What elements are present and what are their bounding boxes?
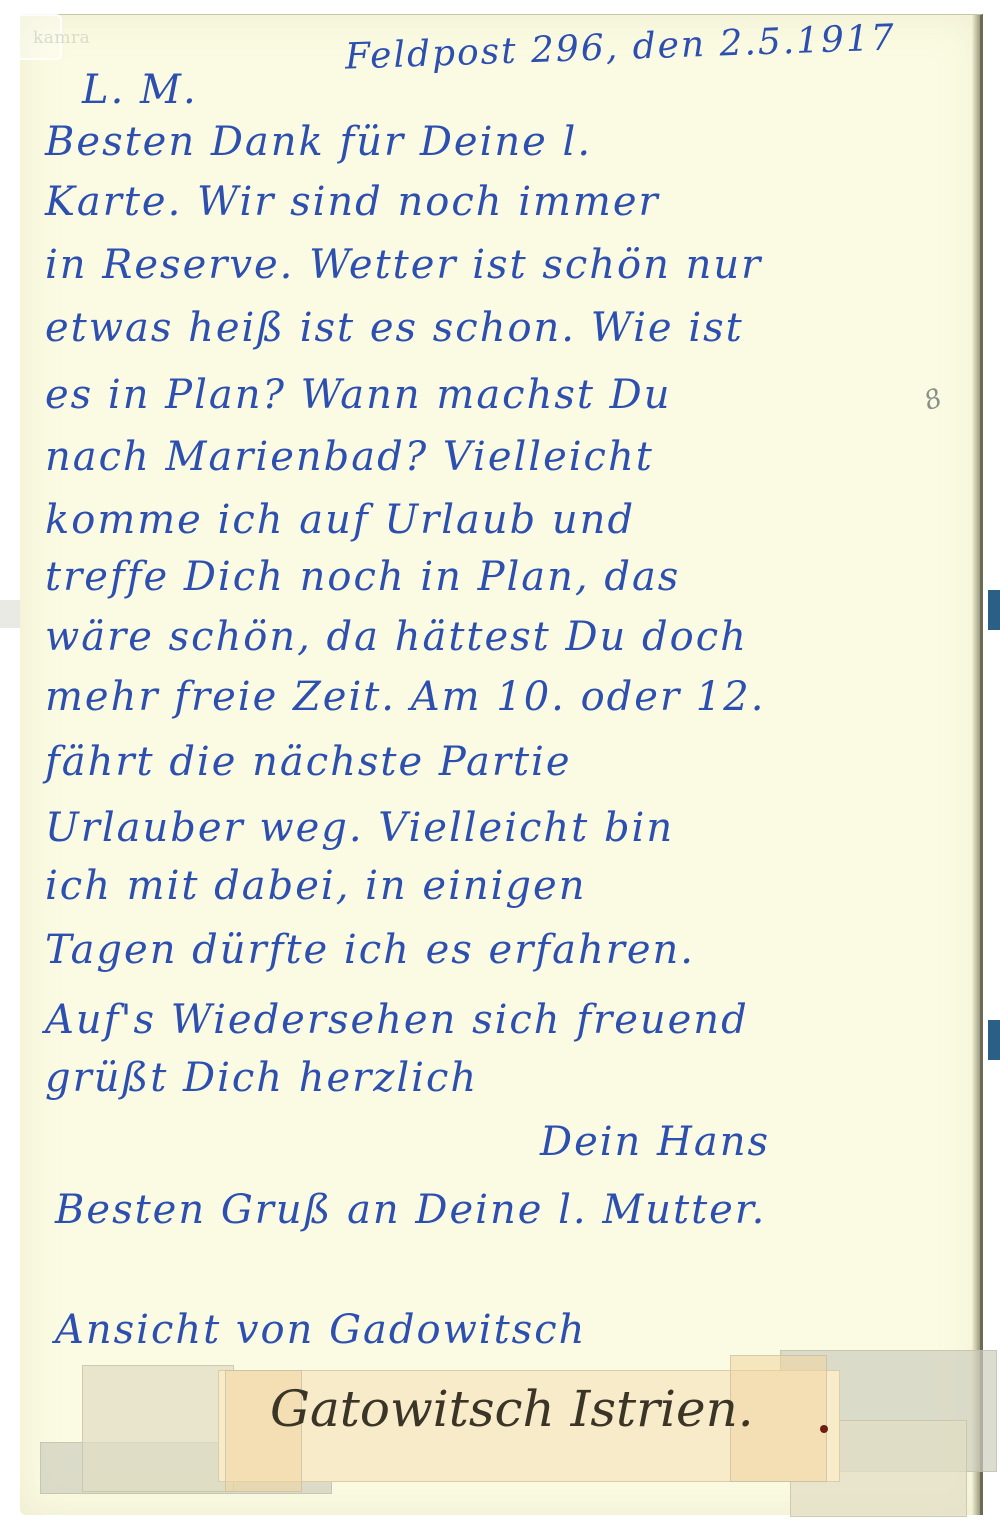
body-line: Tagen dürfte ich es erfahren. [45,930,695,970]
body-line: Karte. Wir sind noch immer [45,182,660,222]
postscript: Besten Gruß an Deine l. Mutter. [55,1190,766,1230]
background-strip-right [988,590,1000,630]
body-line: fährt die nächste Partie [45,742,572,782]
salutation: L. M. [82,70,198,110]
body-line: Besten Dank für Deine l. [45,122,592,162]
body-line: wäre schön, da hättest Du doch [45,617,748,657]
watermark-text: kamra [33,28,90,48]
background-strip-right [988,1020,1000,1060]
caption-line: Ansicht von Gadowitsch [55,1310,586,1350]
card-edge [972,15,980,1515]
body-line: etwas heiß ist es schon. Wie ist [45,308,744,348]
body-line: Auf's Wiedersehen sich freuend [45,1000,749,1040]
body-line: komme ich auf Urlaub und [45,500,635,540]
ink-blot [820,1425,828,1433]
body-line: nach Marienbad? Vielleicht [45,437,654,477]
body-line: grüßt Dich herzlich [45,1058,478,1098]
place-label-text: Gatowitsch Istrien. [270,1380,754,1438]
signature: Dein Hans [540,1122,770,1162]
body-line: mehr freie Zeit. Am 10. oder 12. [45,677,765,717]
body-line: in Reserve. Wetter ist schön nur [45,245,762,285]
body-line: ich mit dabei, in einigen [45,866,586,906]
body-line: es in Plan? Wann machst Du [45,375,671,415]
tape-strip [82,1365,234,1492]
background-strip-left [0,600,22,628]
body-line: treffe Dich noch in Plan, das [45,557,680,597]
body-line: Urlauber weg. Vielleicht bin [45,808,674,848]
